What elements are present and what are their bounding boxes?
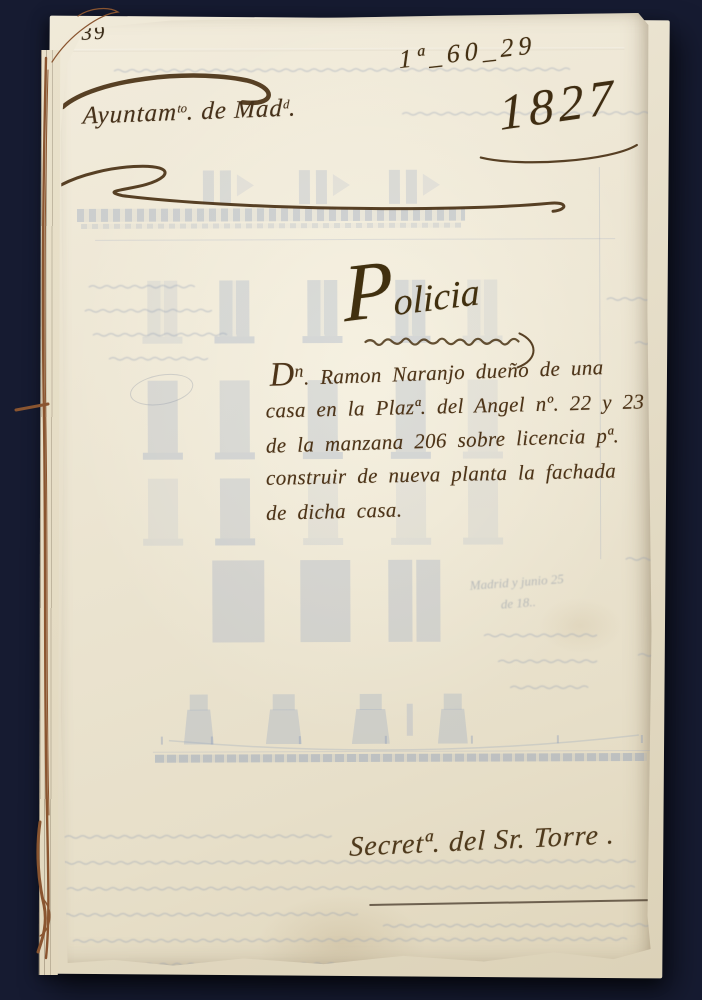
ghost-script-line xyxy=(63,913,357,916)
section-title-underline-squiggle xyxy=(365,338,518,345)
ghost-script-line xyxy=(511,686,588,689)
ghost-script-line xyxy=(89,285,194,288)
body-paragraph: Dn. Ramon Naranjo dueño de una casa en l… xyxy=(265,347,680,525)
ghost-script-line xyxy=(499,660,597,663)
ghost-script-line xyxy=(626,558,653,561)
office-heading-text: Ayuntam xyxy=(82,99,177,130)
ghost-script-line xyxy=(384,924,654,927)
office-heading-text: . de Mad xyxy=(187,95,284,126)
body-superscript: n xyxy=(294,361,304,381)
page-stack-left-edge xyxy=(39,50,60,975)
ghost-script-line xyxy=(607,298,649,301)
scanned-manuscript-page: Madrid y junio 25 de 18.. 4539 1ª_60_29 … xyxy=(0,0,702,1000)
ghost-script-line xyxy=(93,333,226,336)
ghost-script-line xyxy=(115,68,570,72)
ghost-ground-curve xyxy=(169,735,639,751)
year-underline-flourish xyxy=(481,145,637,162)
ghost-script-line xyxy=(65,835,331,838)
ghost-script-line xyxy=(67,886,634,890)
ghost-script-line xyxy=(85,309,211,312)
heading-underline-flourish xyxy=(61,165,564,213)
body-text: . Ramon Naranjo dueño de una xyxy=(304,355,605,389)
initial-capital: D xyxy=(269,356,295,394)
ghost-script-line xyxy=(74,938,627,942)
manuscript-sheet: Madrid y junio 25 de 18.. 4539 1ª_60_29 … xyxy=(50,11,653,973)
ghost-script-line xyxy=(110,357,208,360)
ghost-script-line xyxy=(484,634,596,637)
office-heading-text: . xyxy=(289,94,297,121)
